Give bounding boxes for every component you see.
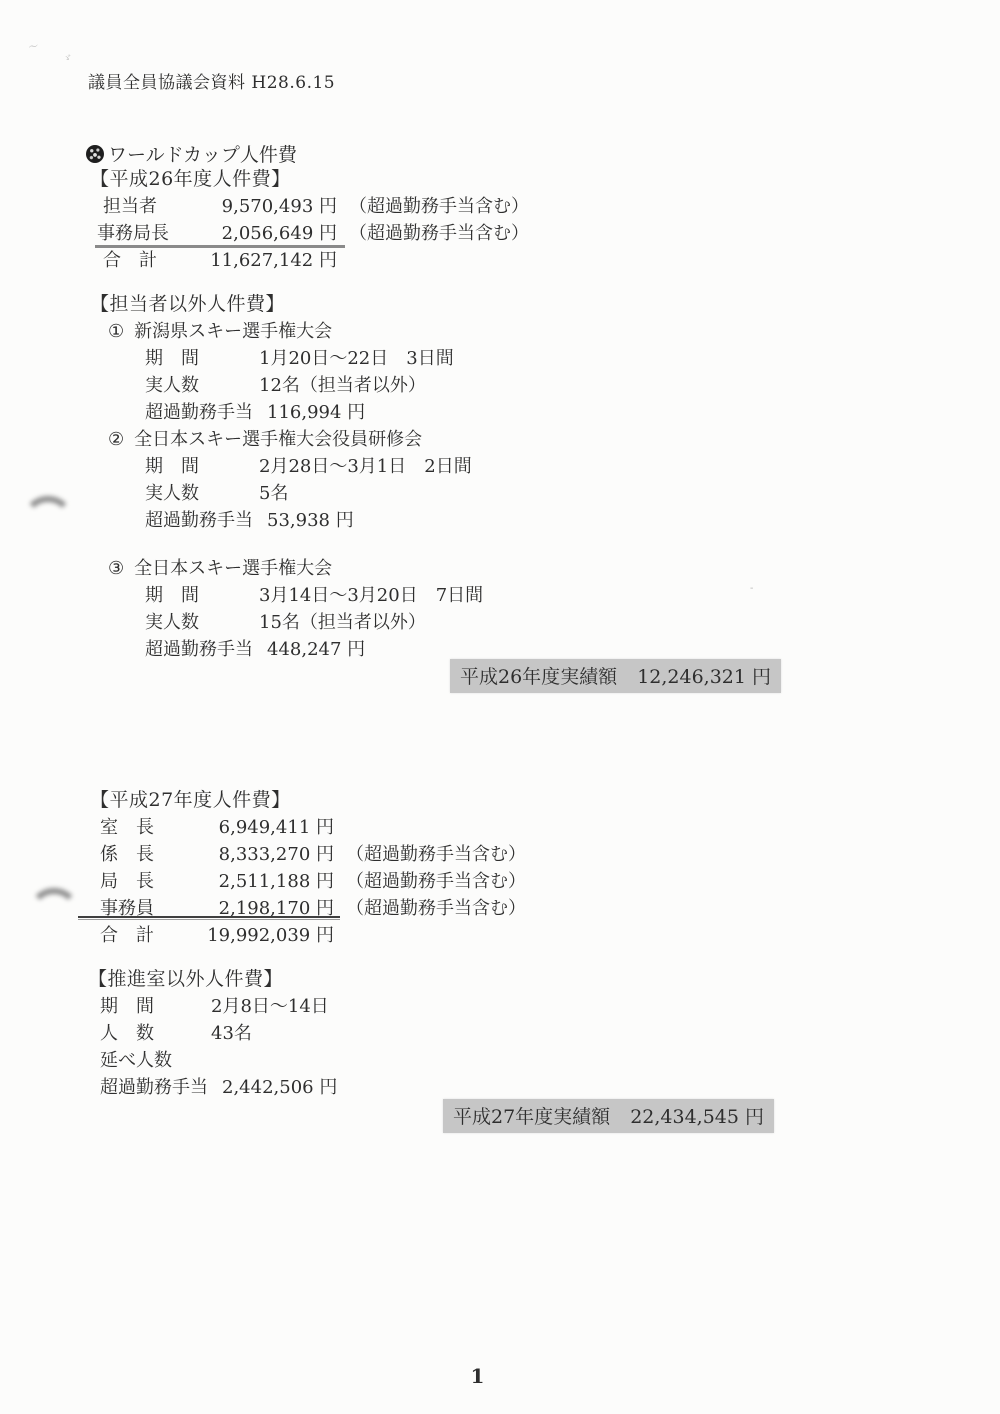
section-other-staff: 【担当者以外人件費】 ①新潟県スキー選手権大会 期 間1月20日～22日 3日間…	[90, 291, 483, 663]
event-title: 全日本スキー選手権大会	[134, 558, 332, 579]
event-title: 全日本スキー選手権大会役員研修会	[134, 429, 422, 450]
event-number: ①	[108, 321, 124, 342]
event-title: 新潟県スキー選手権大会	[134, 321, 332, 342]
detail-value: 2,442,506 円	[222, 1077, 337, 1098]
money-row: 担当者9,570,493 円（超過勤務手当含む）	[103, 193, 529, 220]
detail-value: 448,247 円	[267, 639, 365, 660]
detail-value: 2月28日～3月1日 2日間	[259, 456, 472, 477]
detail-value: 5名	[259, 483, 288, 504]
scan-speck: 〜	[26, 37, 40, 54]
row-amount: 2,056,649 円	[185, 220, 337, 247]
detail-label: 超過勤務手当	[145, 507, 253, 534]
money-row: 室 長6,949,411 円	[100, 814, 526, 841]
detail-label: 実人数	[145, 480, 245, 507]
detail-value: 116,994 円	[267, 402, 365, 423]
money-row: 合 計11,627,142 円	[103, 247, 529, 274]
document-title: ワールドカップ人件費	[86, 140, 297, 167]
detail-value: 43名	[211, 1023, 252, 1044]
row-note: （超過勤務手当含む）	[346, 898, 526, 919]
emphasis-underline	[95, 245, 345, 248]
page-number: 1	[0, 1364, 956, 1388]
money-row: 局 長2,511,188 円（超過勤務手当含む）	[100, 868, 526, 895]
detail-label: 超過勤務手当	[145, 636, 253, 663]
row-amount: 6,949,411 円	[182, 814, 334, 841]
row-label: 局 長	[100, 868, 182, 895]
scanned-document-page: 〜 ゞ - 議員全員協議会資料 H28.6.15 ワールドカップ人件費 【平成2…	[0, 0, 1000, 1414]
detail-row: 期 間2月8日～14日	[100, 993, 337, 1020]
emblem-icon	[86, 145, 104, 163]
row-amount: 8,333,270 円	[182, 841, 334, 868]
row-label: 室 長	[100, 814, 182, 841]
row-note: （超過勤務手当含む）	[349, 196, 529, 217]
event-detail: 超過勤務手当448,247 円	[145, 636, 483, 663]
money-row: 事務局長2,056,649 円（超過勤務手当含む）	[97, 220, 529, 247]
punch-hole-shadow	[22, 496, 74, 548]
event-detail: 超過勤務手当53,938 円	[145, 507, 483, 534]
money-row: 合 計19,992,039 円	[100, 922, 526, 949]
detail-label: 実人数	[145, 609, 245, 636]
detail-label: 期 間	[145, 345, 245, 372]
event-detail: 期 間1月20日～22日 3日間	[145, 345, 483, 372]
detail-value: 53,938 円	[267, 510, 354, 531]
scan-speck: -	[750, 583, 753, 594]
event-name: ③全日本スキー選手権大会	[108, 555, 483, 582]
row-label: 担当者	[103, 193, 185, 220]
detail-value: 15名（担当者以外）	[259, 612, 426, 633]
row-label: 事務局長	[97, 220, 185, 247]
detail-row: 超過勤務手当2,442,506 円	[100, 1074, 337, 1101]
detail-row: 延べ人数	[100, 1047, 337, 1074]
detail-value: 1月20日～22日 3日間	[259, 348, 454, 369]
row-amount: 11,627,142 円	[185, 247, 337, 274]
event-number: ②	[108, 429, 124, 450]
detail-label: 延べ人数	[100, 1047, 197, 1074]
detail-label: 実人数	[145, 372, 245, 399]
section-suishin: 【推進室以外人件費】 期 間2月8日～14日 人 数43名 延べ人数 超過勤務手…	[88, 966, 337, 1101]
event-name: ②全日本スキー選手権大会役員研修会	[108, 426, 483, 453]
detail-value: 12名（担当者以外）	[259, 375, 426, 396]
money-row: 係 長8,333,270 円（超過勤務手当含む）	[100, 841, 526, 868]
detail-label: 超過勤務手当	[145, 399, 253, 426]
event-name: ①新潟県スキー選手権大会	[108, 318, 483, 345]
document-header: 議員全員協議会資料 H28.6.15	[88, 68, 335, 93]
event-detail: 実人数15名（担当者以外）	[145, 609, 483, 636]
row-amount: 9,570,493 円	[185, 193, 337, 220]
detail-value: 2月8日～14日	[211, 996, 329, 1017]
h27-total-label: 平成27年度実績額	[453, 1106, 610, 1128]
row-note: （超過勤務手当含む）	[349, 223, 529, 244]
detail-label: 人 数	[100, 1020, 197, 1047]
row-note: （超過勤務手当含む）	[346, 871, 526, 892]
row-label: 合 計	[100, 922, 182, 949]
section-h26-heading: 【平成26年度人件費】	[90, 166, 529, 193]
scan-speck: ゞ	[62, 50, 72, 65]
row-label: 係 長	[100, 841, 182, 868]
row-label: 合 計	[103, 247, 185, 274]
row-amount: 19,992,039 円	[182, 922, 334, 949]
h27-total-highlight: 平成27年度実績額22,434,545 円	[443, 1099, 774, 1133]
event-detail: 超過勤務手当116,994 円	[145, 399, 483, 426]
document-title-text: ワールドカップ人件費	[108, 140, 297, 167]
detail-label: 期 間	[100, 993, 197, 1020]
event-number: ③	[108, 558, 124, 579]
detail-row: 人 数43名	[100, 1020, 337, 1047]
event-detail: 実人数12名（担当者以外）	[145, 372, 483, 399]
row-amount: 2,511,188 円	[182, 868, 334, 895]
section-suishin-heading: 【推進室以外人件費】	[88, 966, 337, 993]
detail-label: 超過勤務手当	[100, 1074, 208, 1101]
h26-total-amount: 12,246,321 円	[637, 666, 771, 688]
event-detail: 期 間2月28日～3月1日 2日間	[145, 453, 483, 480]
section-other-heading: 【担当者以外人件費】	[90, 291, 483, 318]
section-h26: 【平成26年度人件費】 担当者9,570,493 円（超過勤務手当含む） 事務局…	[90, 166, 529, 274]
row-note: （超過勤務手当含む）	[346, 844, 526, 865]
section-h27-heading: 【平成27年度人件費】	[90, 787, 526, 814]
h26-total-label: 平成26年度実績額	[460, 666, 617, 688]
punch-hole-shadow	[28, 888, 80, 940]
detail-value: 3月14日～3月20日 7日間	[259, 585, 483, 606]
event-detail: 実人数5名	[145, 480, 483, 507]
h26-total-highlight: 平成26年度実績額12,246,321 円	[450, 659, 781, 693]
detail-label: 期 間	[145, 582, 245, 609]
emphasis-underline	[78, 916, 340, 920]
section-h27: 【平成27年度人件費】 室 長6,949,411 円 係 長8,333,270 …	[90, 787, 526, 949]
event-detail: 期 間3月14日～3月20日 7日間	[145, 582, 483, 609]
h27-total-amount: 22,434,545 円	[630, 1106, 764, 1128]
detail-label: 期 間	[145, 453, 245, 480]
